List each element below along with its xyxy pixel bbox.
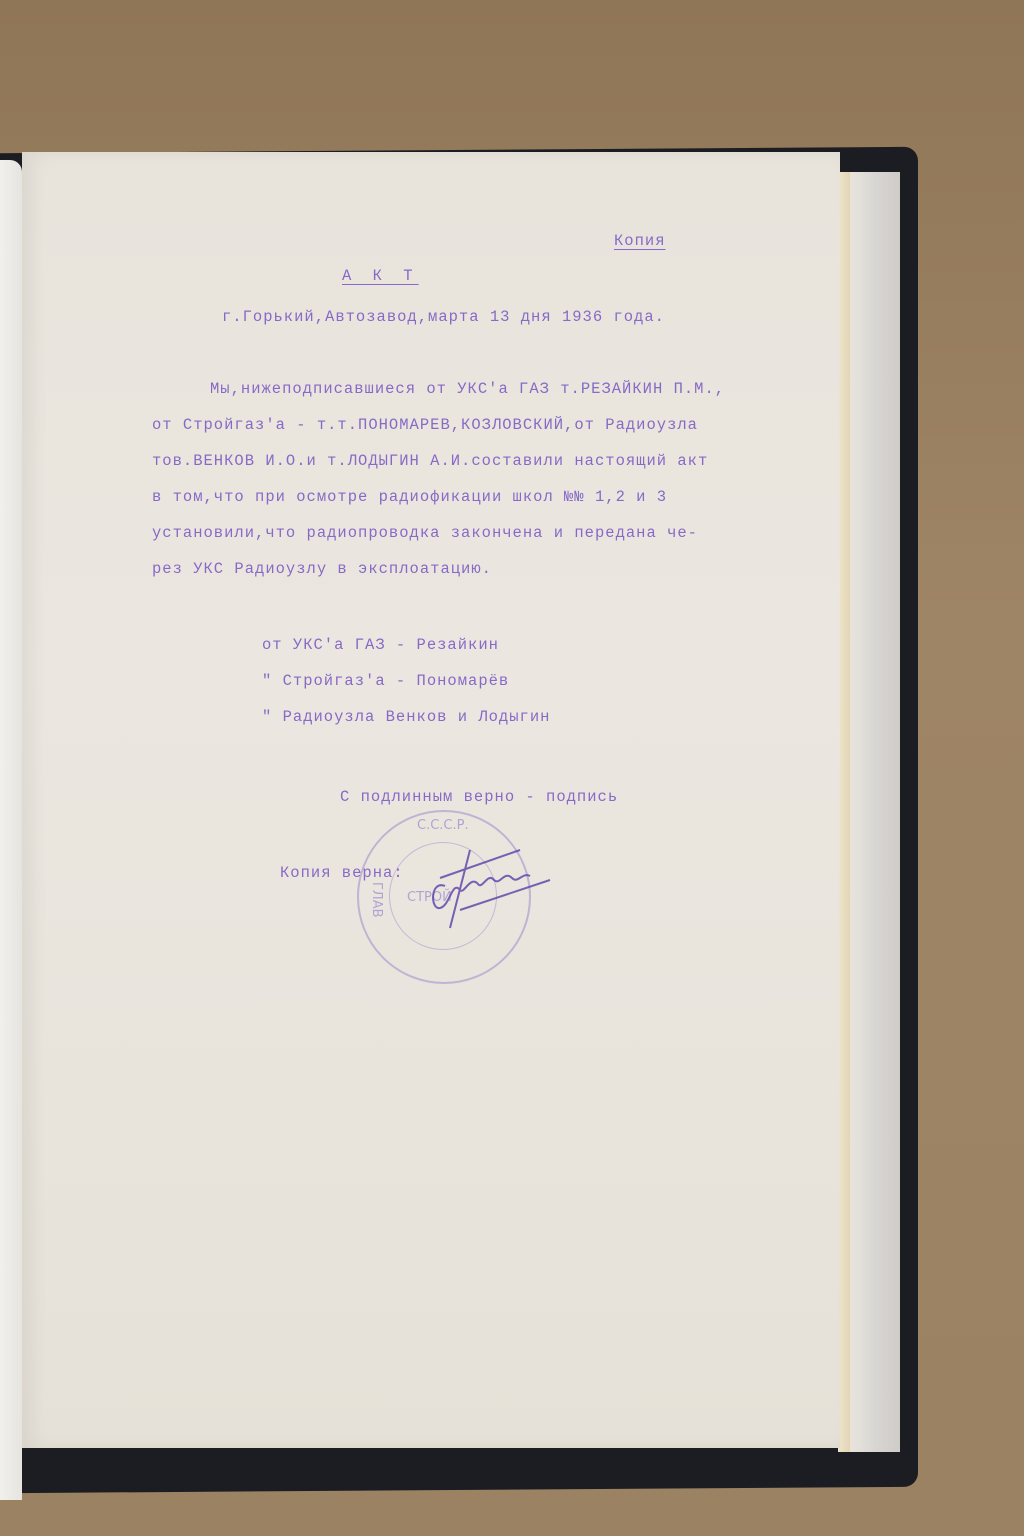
copy-label: Копия (614, 232, 666, 250)
stamp-left-text: ГЛАВ (369, 882, 384, 918)
body-line: тов.ВЕНКОВ И.О.и т.ЛОДЫГИН А.И.составили… (152, 452, 708, 470)
signatory-line: от УКС'а ГАЗ - Резайкин (262, 636, 499, 654)
stamp-top-text: С.С.С.Р. (417, 818, 469, 833)
signatory-line: " Радиоузла Венков и Лодыгин (262, 708, 550, 726)
left-page-edge (0, 160, 22, 1500)
document-title: А К Т (342, 267, 419, 285)
body-line: в том,что при осмотре радиофикации школ … (152, 488, 667, 506)
certification-line: С подлинным верно - подпись (340, 788, 618, 806)
signature (430, 840, 570, 930)
place-date: г.Горький,Автозавод,марта 13 дня 1936 го… (222, 308, 665, 326)
body-line: от Стройгаз'а - т.т.ПОНОМАРЕВ,КОЗЛОВСКИЙ… (152, 416, 698, 434)
body-line: Мы,нижеподписавшиеся от УКС'а ГАЗ т.РЕЗА… (210, 380, 725, 398)
body-line: рез УКС Радиоузлу в эксплоатацию. (152, 560, 492, 578)
body-line: установили,что радиопроводка закончена и… (152, 524, 698, 542)
document-page: Копия А К Т г.Горький,Автозавод,марта 13… (22, 152, 840, 1448)
page-stack-edge (838, 172, 900, 1452)
signatory-line: " Стройгаз'а - Пономарёв (262, 672, 509, 690)
